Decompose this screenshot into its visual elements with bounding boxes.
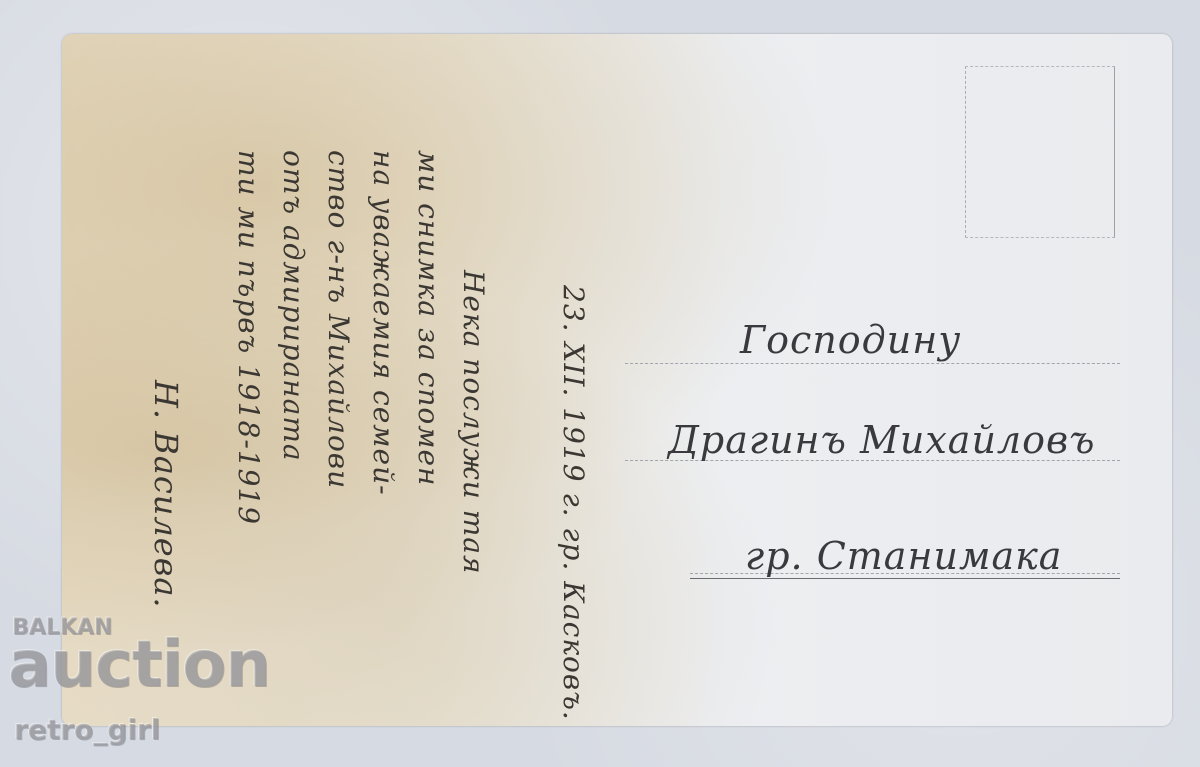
address-line-1: [625, 363, 1120, 364]
stamp-area: [965, 66, 1115, 238]
message-date-line: 23. XII. 1919 г. гр. Касковъ.: [557, 285, 590, 721]
address-salutation: Господину: [740, 318, 961, 362]
watermark-auction: auction: [8, 628, 270, 702]
message-line-3: на уважаемия семей-: [367, 150, 400, 496]
address-underline: [690, 578, 1120, 579]
message-line-2: ми снимка за спомен: [412, 150, 445, 487]
address-town: гр. Станимака: [745, 534, 1062, 578]
message-signature: Н. Василева.: [147, 380, 185, 609]
message-line-6: ти ми първъ 1918-1919: [232, 150, 265, 525]
message-line-1: Нека послужи тая: [457, 270, 490, 575]
watermark-user: retro_girl: [14, 713, 160, 746]
address-recipient-name: Драгинъ Михайловъ: [668, 418, 1095, 462]
message-line-4: ство г-нъ Михайлови: [322, 150, 355, 489]
message-line-5: отъ адмирираната: [277, 150, 310, 462]
